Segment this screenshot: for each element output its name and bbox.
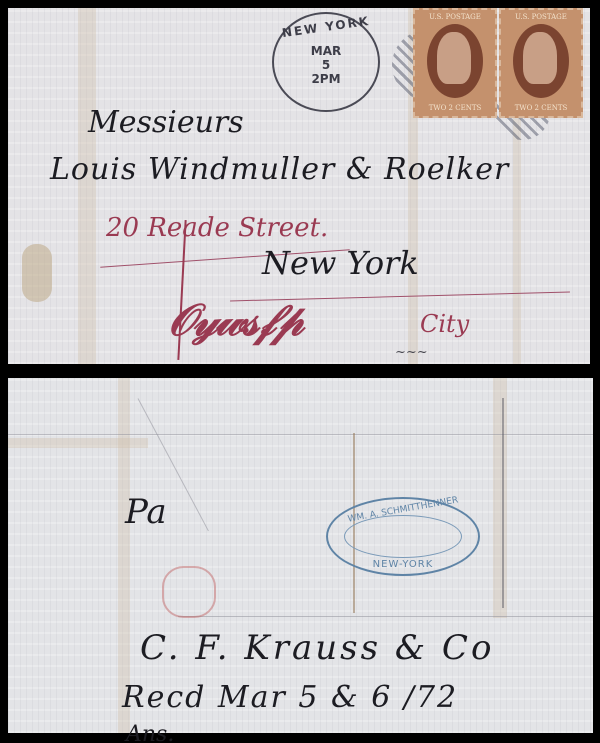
docket-line-2: Recd Mar 5 & 6 /72 xyxy=(122,680,458,715)
oval-handstamp: WM. A. SCHMITTHENNER NEW-YORK xyxy=(326,497,480,576)
flap-edge xyxy=(8,434,593,435)
stain xyxy=(22,244,52,302)
flap-edge xyxy=(178,616,593,617)
pencil-note: ~~~ xyxy=(395,345,428,360)
postmark-time: 2PM xyxy=(274,72,378,86)
fold-crease xyxy=(8,438,148,448)
portrait-icon xyxy=(523,32,557,84)
wax-seal-trace xyxy=(162,566,216,618)
red-docket-scrawl: 𝒪𝓎𝓌𝓈𝒻𝓅 xyxy=(168,295,301,346)
city-note: City xyxy=(420,310,469,338)
addressee: Louis Windmuller & Roelker xyxy=(50,152,509,187)
postmark-month: MAR xyxy=(274,44,378,58)
postmark-circle: NEW YORK MAR 5 2PM xyxy=(272,12,380,112)
handstamp-city: NEW-YORK xyxy=(328,559,478,570)
stamp-2c-jackson: U.S. POSTAGE TWO 2 CENTS xyxy=(413,8,497,118)
street-address: 20 Reade Street. xyxy=(106,213,328,243)
stamp-2c-jackson: U.S. POSTAGE TWO 2 CENTS xyxy=(499,8,583,118)
flap-script: Pa xyxy=(125,492,167,532)
stamp-top-label: U.S. POSTAGE xyxy=(501,13,581,21)
docket-line-3: Ans. xyxy=(126,722,174,743)
postmark-day: 5 xyxy=(274,58,378,72)
postmark-date: MAR 5 2PM xyxy=(274,44,378,86)
fold-crease xyxy=(493,378,507,618)
docket-line-1: C. F. Krauss & Co xyxy=(140,628,494,668)
salutation: Messieurs xyxy=(88,105,244,140)
portrait-icon xyxy=(437,32,471,84)
city-line: New York xyxy=(262,244,419,282)
stamp-bottom-label: TWO 2 CENTS xyxy=(415,104,495,112)
stamp-bottom-label: TWO 2 CENTS xyxy=(501,104,581,112)
fold-line xyxy=(502,398,504,608)
stamp-top-label: U.S. POSTAGE xyxy=(415,13,495,21)
